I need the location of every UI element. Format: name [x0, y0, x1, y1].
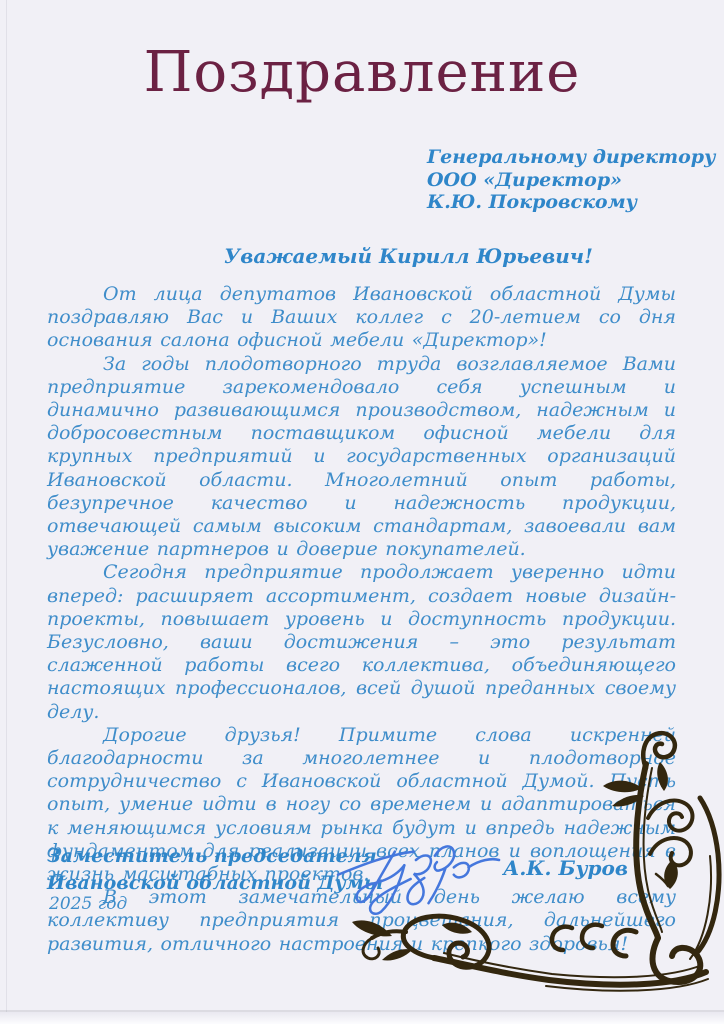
letter-title: Поздравление	[0, 42, 724, 104]
recipient-person: К.Ю. Покровскому	[427, 191, 715, 214]
paragraph-2: За годы плодотворного труда возглавляемо…	[47, 353, 676, 562]
salutation: Уважаемый Кирилл Юрьевич!	[224, 244, 593, 268]
recipient-role: Генеральному директору	[427, 146, 715, 169]
scan-edge-left	[6, 0, 7, 1024]
letter-year: 2025 год	[49, 894, 127, 914]
scan-edge-bottom-strip	[0, 1012, 724, 1024]
corner-flourish-ornament	[294, 724, 724, 1024]
scanned-letter-page: Поздравление Генеральному директору ООО …	[0, 0, 724, 1024]
recipient-company: ООО «Директор»	[427, 169, 715, 192]
paragraph-3: Сегодня предприятие продолжает уверенно …	[47, 561, 676, 723]
paragraph-1: От лица депутатов Ивановской областной Д…	[47, 283, 676, 353]
recipient-block: Генеральному директору ООО «Директор» К.…	[427, 146, 715, 214]
